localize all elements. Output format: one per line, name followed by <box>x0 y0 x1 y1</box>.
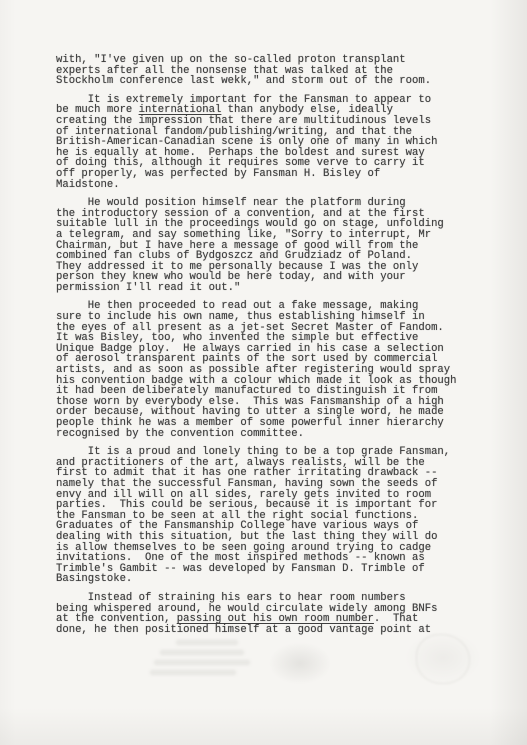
show-through-text-artifact <box>150 670 236 675</box>
show-through-drawing-artifact <box>416 634 470 684</box>
text-line: recognised by the convention committee. <box>56 429 476 440</box>
show-through-text-artifact <box>176 640 238 645</box>
text-line: Maidstone. <box>56 180 476 191</box>
paragraph: It is extremely important for the Fansma… <box>56 95 476 190</box>
paragraph: Instead of straining his ears to hear ro… <box>56 593 476 635</box>
show-through-text-artifact <box>154 660 250 665</box>
paragraph: He would position himself near the platf… <box>56 198 476 293</box>
scanned-page: with, "I've given up on the so-called pr… <box>0 0 527 745</box>
text-line: done, he then positioned himself at a go… <box>56 625 476 636</box>
paragraph: It is a proud and lonely thing to be a t… <box>56 447 476 585</box>
text-line: permission I'll read it out." <box>56 283 476 294</box>
paragraph: with, "I've given up on the so-called pr… <box>56 55 476 87</box>
paragraph: He then proceeded to read out a fake mes… <box>56 301 476 439</box>
text-line: Basingstoke. <box>56 574 476 585</box>
document-body: with, "I've given up on the so-called pr… <box>56 55 476 635</box>
text-line: Stockholm conference last wekk," and sto… <box>56 76 476 87</box>
show-through-smudge-artifact <box>258 636 342 692</box>
show-through-text-artifact <box>160 650 244 655</box>
